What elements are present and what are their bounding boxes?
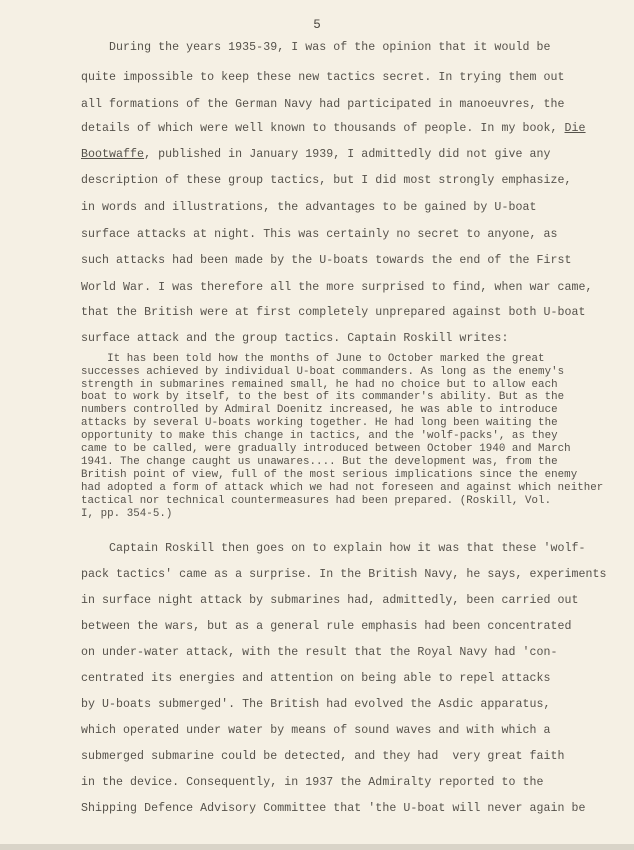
- quote-line: tactical nor technical countermeasures h…: [81, 495, 551, 507]
- quote-line: British point of view, full of the most …: [81, 469, 577, 481]
- quote-line: I, pp. 354-5.): [81, 508, 172, 520]
- paragraph-1-line: surface attack and the group tactics. Ca…: [81, 332, 508, 345]
- paragraph-1-line: During the years 1935-39, I was of the o…: [81, 41, 551, 54]
- paragraph-2-line: in surface night attack by submarines ha…: [81, 594, 579, 607]
- quote-line: numbers controlled by Admiral Doenitz in…: [81, 404, 558, 416]
- paragraph-2-line: submerged submarine could be detected, a…: [81, 750, 565, 763]
- paragraph-1-line: details of which were well known to thou…: [81, 122, 586, 135]
- quote-line: 1941. The change caught us unawares.... …: [81, 456, 558, 468]
- quote-line: attacks by several U-boats working toget…: [81, 417, 558, 429]
- quote-line: strength in submarines remained small, h…: [81, 379, 558, 391]
- quote-line: came to be called, were gradually introd…: [81, 443, 571, 455]
- book-title-underlined: Die: [565, 122, 586, 135]
- paragraph-1-line: all formations of the German Navy had pa…: [81, 98, 565, 111]
- paragraph-2-line: Captain Roskill then goes on to explain …: [81, 542, 586, 555]
- paragraph-1-line: in words and illustrations, the advantag…: [81, 201, 536, 214]
- paragraph-2-line: between the wars, but as a general rule …: [81, 620, 572, 633]
- paragraph-1-text: , published in January 1939, I admittedl…: [144, 148, 550, 161]
- paragraph-1-line: quite impossible to keep these new tacti…: [81, 71, 565, 84]
- paragraph-1-line: description of these group tactics, but …: [81, 174, 572, 187]
- page-number: 5: [0, 18, 634, 32]
- paragraph-2-line: Shipping Defence Advisory Committee that…: [81, 802, 586, 815]
- paragraph-1-line: Bootwaffe, published in January 1939, I …: [81, 148, 551, 161]
- typed-document-page: 5 During the years 1935-39, I was of the…: [0, 0, 634, 844]
- quote-line: had adopted a form of attack which we ha…: [81, 482, 603, 494]
- paragraph-2-line: centrated its energies and attention on …: [81, 672, 551, 685]
- paragraph-1-line: that the British were at first completel…: [81, 306, 586, 319]
- paragraph-1-line: World War. I was therefore all the more …: [81, 281, 593, 294]
- paragraph-2-line: which operated under water by means of s…: [81, 724, 551, 737]
- paragraph-2-line: by U-boats submerged'. The British had e…: [81, 698, 551, 711]
- quote-line: successes achieved by individual U-boat …: [81, 366, 564, 378]
- paragraph-2-line: on under-water attack, with the result t…: [81, 646, 558, 659]
- paragraph-1-line: surface attacks at night. This was certa…: [81, 228, 558, 241]
- paragraph-1-line: such attacks had been made by the U-boat…: [81, 254, 572, 267]
- paragraph-1-text: details of which were well known to thou…: [81, 122, 565, 135]
- book-title-underlined: Bootwaffe: [81, 148, 144, 161]
- quote-line: opportunity to make this change in tacti…: [81, 430, 558, 442]
- quote-line: boat to work by itself, to the best of i…: [81, 391, 564, 403]
- paragraph-2-line: in the device. Consequently, in 1937 the…: [81, 776, 544, 789]
- quote-line: It has been told how the months of June …: [81, 353, 545, 365]
- paragraph-2-line: pack tactics' came as a surprise. In the…: [81, 568, 607, 581]
